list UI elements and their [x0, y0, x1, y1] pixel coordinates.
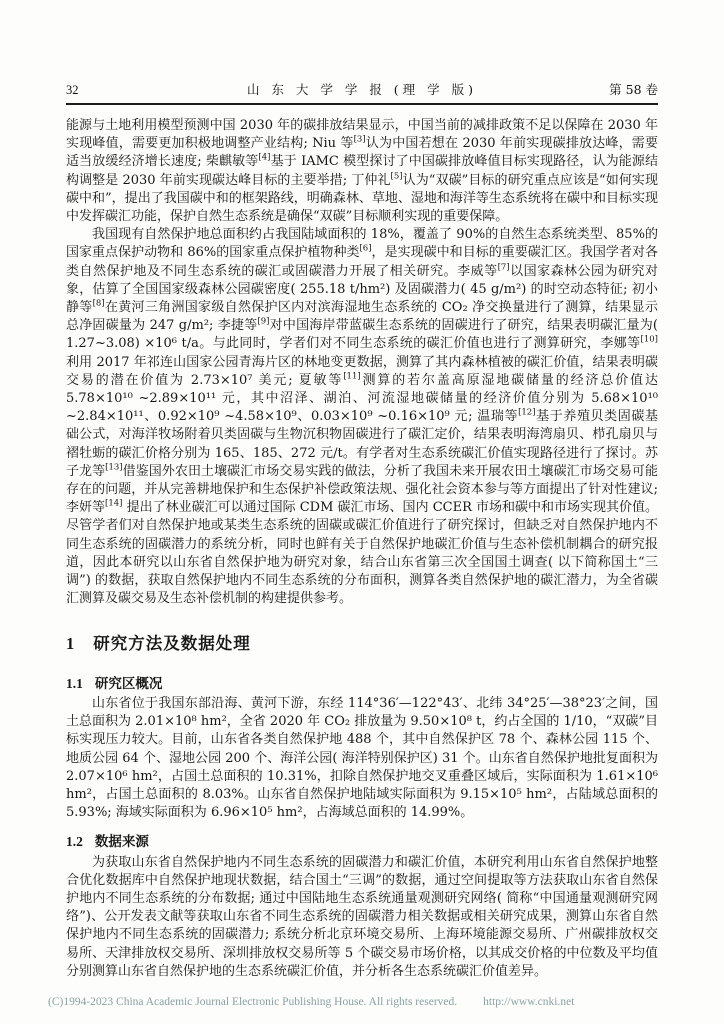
running-header: 32 山 东 大 学 学 报 (理 学 版) 第 58 卷	[66, 80, 658, 98]
section-1-number: 1	[66, 634, 75, 653]
paragraph-data-sources: 为获取山东省自然保护地内不同生态系统的固碳潜力和碳汇价值，本研究利用山东省自然保…	[66, 854, 658, 981]
page-number: 32	[66, 83, 136, 98]
copyright-text: (C)1994-2023 China Academic Journal Elec…	[48, 996, 457, 1008]
volume-label: 第 58 卷	[588, 80, 658, 98]
cnki-copyright-footer: (C)1994-2023 China Academic Journal Elec…	[48, 996, 684, 1008]
paragraph-literature-review: 我国现有自然保护地总面积约占我国陆域面积的 18%，覆盖了 90%的自然生态系统…	[66, 226, 658, 608]
section-1-title: 研究方法及数据处理	[93, 634, 251, 653]
journal-scan-page: 32 山 东 大 学 学 报 (理 学 版) 第 58 卷 能源与土地利用模型预…	[0, 0, 724, 1024]
journal-title: 山 东 大 学 学 报 (理 学 版)	[136, 80, 588, 98]
header-rule	[66, 103, 658, 105]
subsection-1-2-title: 数据来源	[95, 834, 149, 850]
subsection-1-1-title: 研究区概况	[95, 676, 163, 692]
cnki-url: http://www.cnki.net	[483, 996, 574, 1008]
article-body: 能源与土地利用模型预测中国 2030 年的碳排放结果显示，中国当前的减排政策不足…	[66, 117, 658, 981]
paragraph-intro-continuation: 能源与土地利用模型预测中国 2030 年的碳排放结果显示，中国当前的减排政策不足…	[66, 117, 658, 226]
subsection-1-2-heading: 1.2数据来源	[66, 833, 658, 851]
page-content: 32 山 东 大 学 学 报 (理 学 版) 第 58 卷 能源与土地利用模型预…	[0, 0, 724, 981]
subsection-1-2-number: 1.2	[66, 834, 83, 849]
subsection-1-1-number: 1.1	[66, 676, 83, 691]
subsection-1-1-heading: 1.1研究区概况	[66, 675, 658, 693]
section-1-heading: 1研究方法及数据处理	[66, 635, 658, 653]
paragraph-study-area: 山东省位于我国东部沿海、黄河下游，东经 114°36′—122°43′、北纬 3…	[66, 695, 658, 822]
